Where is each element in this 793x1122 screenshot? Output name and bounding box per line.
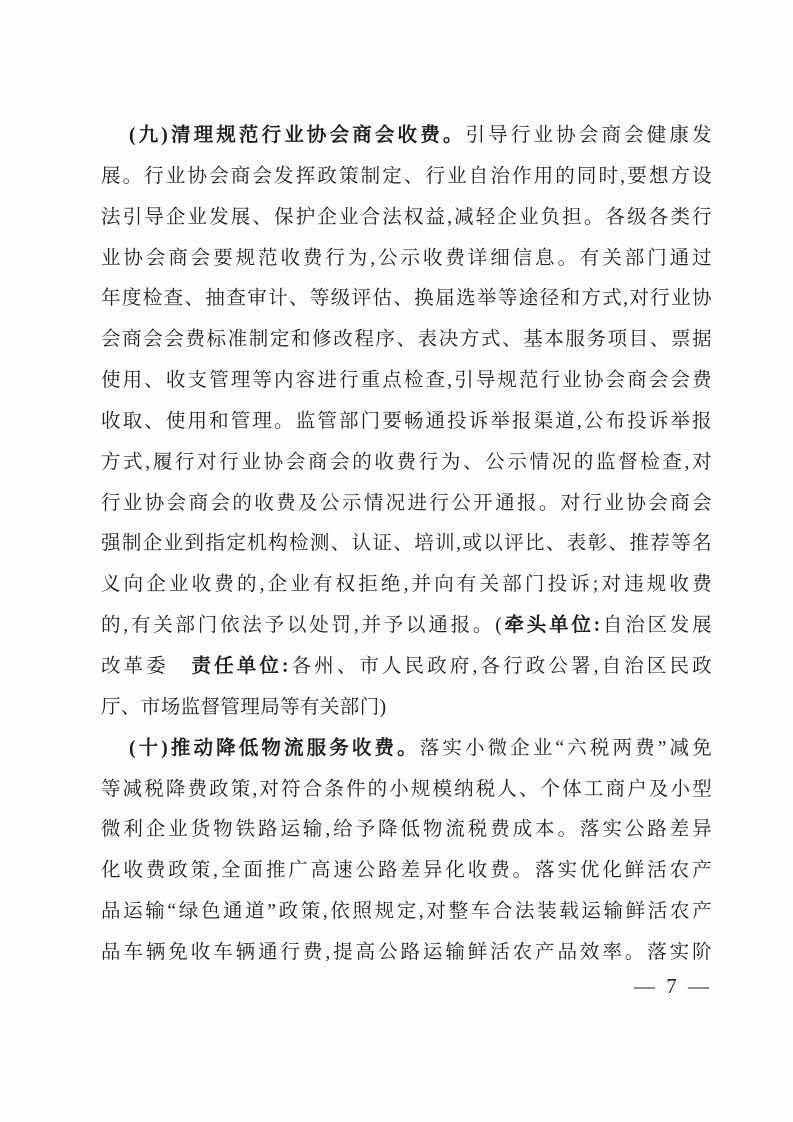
body-text: 落实小微企业“六税两费”减免 (420, 738, 712, 759)
document-line: 展。行业协会商会发挥政策制定、行业自治作用的同时,要想方设 (101, 157, 712, 198)
body-text: 业协会商会要规范收费行为,公示收费详细信息。有关部门通过 (101, 248, 712, 269)
document-line: 方式,履行对行业协会商会的收费行为、公示情况的监督检查,对 (101, 443, 712, 484)
section-heading: (十)推动降低物流服务收费。 (129, 738, 420, 759)
body-text: 展。行业协会商会发挥政策制定、行业自治作用的同时,要想方设 (101, 166, 712, 187)
body-text: 行业协会商会的收费及公示情况进行公开通报。对行业协会商会 (101, 493, 712, 514)
body-text: 方式,履行对行业协会商会的收费行为、公示情况的监督检查,对 (101, 452, 712, 473)
document-line: 使用、收支管理等内容进行重点检查,引导规范行业协会商会会费 (101, 361, 712, 402)
body-text: 化收费政策,全面推广高速公路差异化收费。落实优化鲜活农产 (101, 860, 712, 881)
body-text: 自治区发展 (601, 615, 712, 636)
document-line: 品车辆免收车辆通行费,提高公路运输鲜活农产品效率。落实阶 (101, 933, 712, 974)
section-heading: (九)清理规范行业协会商会收费。 (129, 125, 466, 146)
body-text: 会商会会费标准制定和修改程序、表决方式、基本服务项目、票据 (101, 329, 712, 350)
body-text: 改革委 (101, 656, 191, 677)
body-text: 使用、收支管理等内容进行重点检查,引导规范行业协会商会会费 (101, 370, 712, 391)
body-text: 的,有关部门依法予以处罚,并予以通报。( (101, 615, 502, 636)
body-text: 等减税降费政策,对符合条件的小规模纳税人、个体工商户及小型 (101, 779, 712, 800)
page-number: — 7 — (634, 974, 712, 998)
document-line: 微利企业货物铁路运输,给予降低物流税费成本。落实公路差异 (101, 810, 712, 851)
document-line: 改革委 责任单位:各州、市人民政府,各行政公署,自治区民政 (101, 647, 712, 688)
document-page: (九)清理规范行业协会商会收费。引导行业协会商会健康发展。行业协会商会发挥政策制… (0, 0, 793, 1122)
document-line: 收取、使用和管理。监管部门要畅通投诉举报渠道,公布投诉举报 (101, 402, 712, 443)
document-line: 年度检查、抽查审计、等级评估、换届选举等途径和方式,对行业协 (101, 279, 712, 320)
document-line: (十)推动降低物流服务收费。落实小微企业“六税两费”减免 (101, 729, 712, 770)
document-line: 业协会商会要规范收费行为,公示收费详细信息。有关部门通过 (101, 239, 712, 280)
unit-label: 责任单位: (191, 656, 288, 677)
document-line: 化收费政策,全面推广高速公路差异化收费。落实优化鲜活农产 (101, 851, 712, 892)
body-text: 法引导企业发展、保护企业合法权益,减轻企业负担。各级各类行 (101, 207, 712, 228)
body-text: 品运输“绿色通道”政策,依照规定,对整车合法装载运输鲜活农产 (101, 901, 712, 922)
text-block: (九)清理规范行业协会商会收费。引导行业协会商会健康发展。行业协会商会发挥政策制… (101, 116, 712, 974)
document-line: 的,有关部门依法予以处罚,并予以通报。(牵头单位:自治区发展 (101, 606, 712, 647)
body-text: 品车辆免收车辆通行费,提高公路运输鲜活农产品效率。落实阶 (101, 942, 712, 963)
document-line: 等减税降费政策,对符合条件的小规模纳税人、个体工商户及小型 (101, 770, 712, 811)
document-line: (九)清理规范行业协会商会收费。引导行业协会商会健康发 (101, 116, 712, 157)
document-line: 会商会会费标准制定和修改程序、表决方式、基本服务项目、票据 (101, 320, 712, 361)
document-line: 法引导企业发展、保护企业合法权益,减轻企业负担。各级各类行 (101, 198, 712, 239)
document-line: 强制企业到指定机构检测、认证、培训,或以评比、表彰、推荐等名 (101, 524, 712, 565)
body-text: 义向企业收费的,企业有权拒绝,并向有关部门投诉;对违规收费 (101, 574, 712, 595)
body-text: 微利企业货物铁路运输,给予降低物流税费成本。落实公路差异 (101, 819, 712, 840)
document-line: 厅、市场监督管理局等有关部门) (101, 688, 712, 729)
body-text: 各州、市人民政府,各行政公署,自治区民政 (289, 656, 712, 677)
document-line: 行业协会商会的收费及公示情况进行公开通报。对行业协会商会 (101, 484, 712, 525)
document-line: 品运输“绿色通道”政策,依照规定,对整车合法装载运输鲜活农产 (101, 892, 712, 933)
body-text: 厅、市场监督管理局等有关部门) (101, 697, 387, 718)
unit-label: 牵头单位: (502, 615, 600, 636)
body-text: 年度检查、抽查审计、等级评估、换届选举等途径和方式,对行业协 (101, 288, 712, 309)
document-line: 义向企业收费的,企业有权拒绝,并向有关部门投诉;对违规收费 (101, 565, 712, 606)
body-text: 收取、使用和管理。监管部门要畅通投诉举报渠道,公布投诉举报 (101, 411, 712, 432)
body-text: 引导行业协会商会健康发 (466, 125, 712, 146)
body-text: 强制企业到指定机构检测、认证、培训,或以评比、表彰、推荐等名 (101, 533, 712, 554)
